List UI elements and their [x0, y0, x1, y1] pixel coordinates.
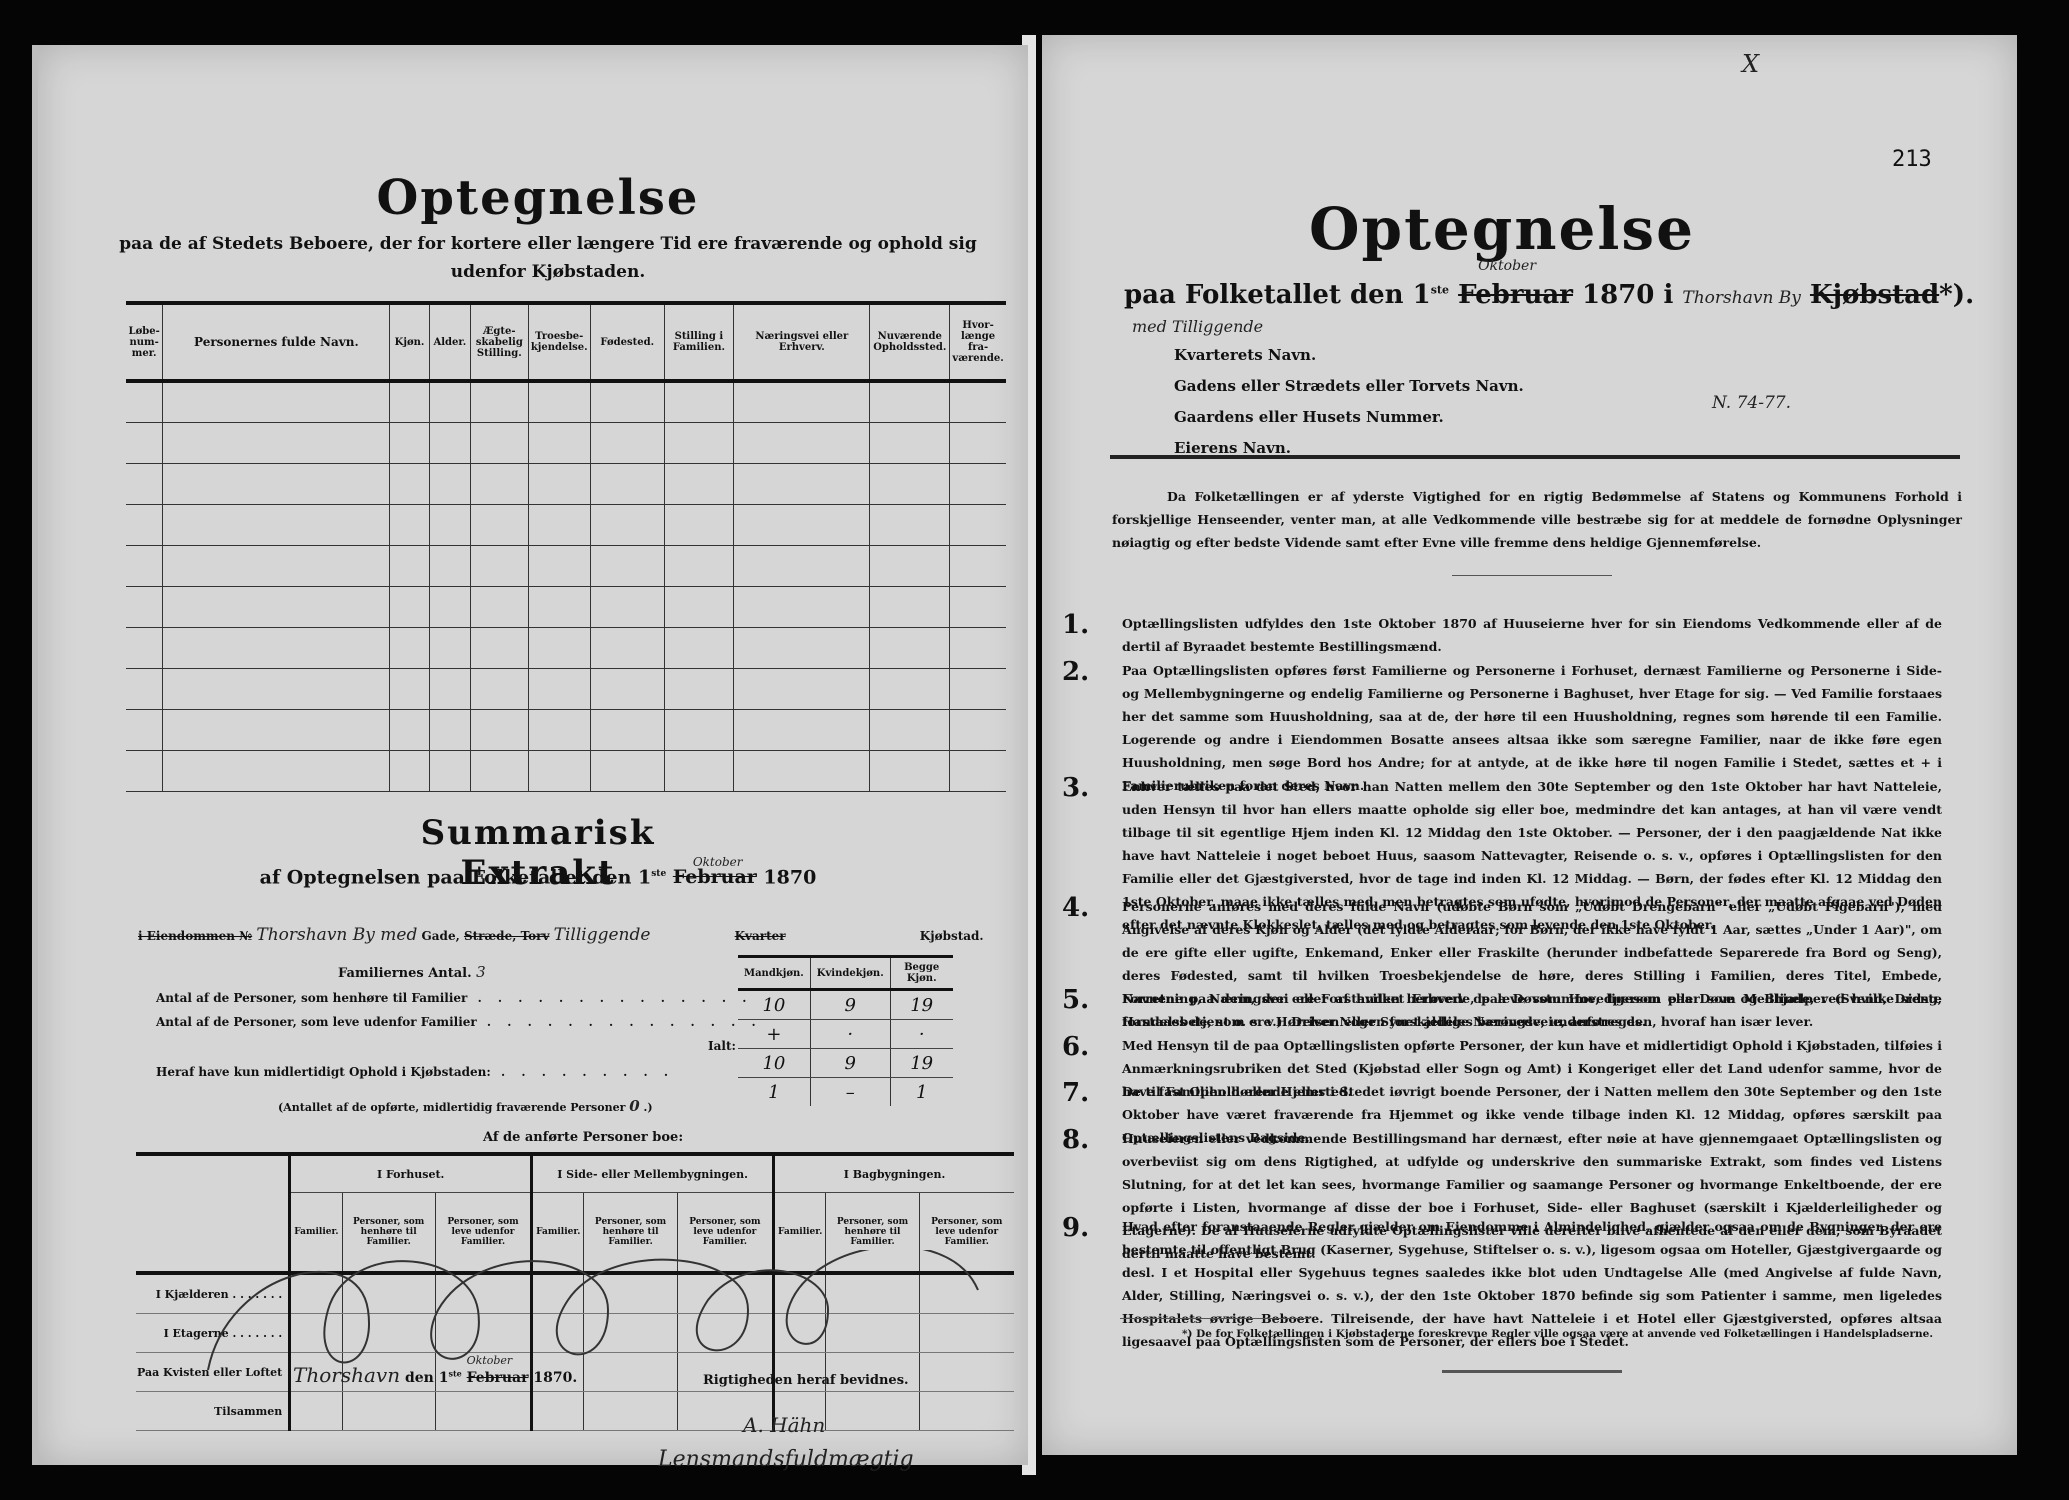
handwritten-street: Tilliggende: [554, 925, 651, 945]
instruction-5: Navnene paa dem, der ere Forstanden berø…: [1122, 987, 1942, 1033]
count-row: 10919: [738, 1049, 953, 1078]
col-lobenummer: Løbe-num-mer.: [126, 303, 163, 381]
col-aegteskabelig: Ægte-skabelig Stilling.: [471, 303, 529, 381]
count-row: +··: [738, 1020, 953, 1049]
table-row: [126, 463, 1006, 504]
corner-mark: X: [1742, 50, 1759, 78]
end-rule: [1442, 1370, 1622, 1373]
right-page-title: Optegnelse: [1292, 195, 1712, 263]
summary-subtitle: af Optegnelsen paa Folketallet den 1ste …: [138, 860, 938, 891]
table-row: [126, 545, 1006, 586]
sex-count-table: Mandkjøn. Kvindekjøn. Begge Kjøn. 10919 …: [738, 955, 953, 1106]
families-count: Familiernes Antal. 3: [338, 963, 486, 981]
col-mandkjon: Mandkjøn.: [738, 957, 810, 990]
count-row-label-3: Ialt:: [708, 1039, 736, 1053]
handwritten-month: Oktober: [693, 848, 743, 876]
count-row: 10919: [738, 990, 953, 1020]
right-page: X 213 Optegnelse paa Folketallet den 1st…: [1042, 35, 2017, 1455]
signature-title: Lensmandsfuldmægtig: [658, 1447, 914, 1472]
table-row: [126, 381, 1006, 422]
absentee-table-header: Løbe-num-mer. Personernes fulde Navn. Kj…: [126, 303, 1006, 381]
page-number: 213: [1892, 147, 1932, 172]
group-sidebygning: I Side- eller Mellembygningen.: [532, 1154, 774, 1193]
house-number-value: N. 74-77.: [1712, 393, 1791, 413]
table-row: [126, 422, 1006, 463]
table-row: [126, 627, 1006, 668]
col-naeringsvei: Næringsvei eller Erhverv.: [734, 303, 870, 381]
census-header: paa Folketallet den 1ste Oktober Februar…: [1124, 280, 1974, 310]
certification-label: Rigtigheden heraf bevidnes.: [703, 1373, 909, 1388]
field-kvarter: Kvarterets Navn.: [1174, 340, 1524, 371]
left-page: Optegnelse paa de af Stedets Beboere, de…: [32, 45, 1028, 1465]
count-row: 1–1: [738, 1078, 953, 1107]
instruction-1: Optællingslisten udfyldes den 1ste Oktob…: [1122, 612, 1942, 658]
col-kvindekjon: Kvindekjøn.: [810, 957, 890, 990]
intro-divider: [1452, 575, 1612, 576]
footer-date: Thorshavn den 1ste Oktober Februar 1870.: [293, 1363, 577, 1387]
building-row-tilsammen: Tilsammen: [136, 1392, 1014, 1431]
left-page-title: Optegnelse: [338, 170, 738, 226]
signature-name: A. Hähn: [743, 1413, 825, 1437]
col-hvorlaenge: Hvor-længe fra-værende.: [950, 303, 1006, 381]
field-eier: Eierens Navn.: [1174, 433, 1524, 464]
address-fields: Kvarterets Navn. Gadens eller Strædets e…: [1174, 340, 1524, 464]
summary-location-line: i Eiendommen № Thorshavn By med Gade, St…: [138, 925, 1018, 945]
field-gade: Gadens eller Strædets eller Torvets Navn…: [1174, 371, 1524, 402]
field-husnummer: Gaardens eller Husets Nummer.: [1174, 402, 1524, 433]
table-row: [126, 504, 1006, 545]
group-bagbygning: I Bagbygningen.: [774, 1154, 1014, 1193]
col-fodested: Fødested.: [590, 303, 664, 381]
col-kjon: Kjøn.: [390, 303, 429, 381]
absentee-table: Løbe-num-mer. Personernes fulde Navn. Kj…: [126, 301, 1006, 792]
group-forhuset: I Forhuset.: [290, 1154, 532, 1193]
absent-note: (Antallet af de opførte, midlertidig fra…: [278, 1097, 653, 1115]
table-row: [126, 668, 1006, 709]
handwritten-location: Thorshavn By med: [256, 925, 417, 945]
col-stilling: Stilling i Familien.: [664, 303, 734, 381]
left-page-subtitle: paa de af Stedets Beboere, der for korte…: [98, 230, 998, 286]
col-opholdssted: Nuværende Opholdssted.: [870, 303, 950, 381]
count-row-label-2: Antal af de Personer, som leve udenfor F…: [156, 1015, 762, 1029]
count-row-label-4: Heraf have kun midlertidigt Ophold i Kjø…: [156, 1065, 674, 1079]
table-row: [126, 750, 1006, 791]
handwritten-town: Thorshavn By: [1682, 288, 1801, 308]
col-fulde-navn: Personernes fulde Navn.: [163, 303, 390, 381]
table-row: [126, 709, 1006, 750]
col-begge-kjon: Begge Kjøn.: [890, 957, 953, 990]
col-alder: Alder.: [429, 303, 470, 381]
col-troesbekjendelse: Troesbe-kjendelse.: [528, 303, 590, 381]
footnote-divider: [1120, 1318, 1310, 1319]
footnote: *) De for Folketællingen i Kjøbstaderne …: [1182, 1328, 1933, 1340]
header-divider: [1110, 455, 1960, 459]
residence-heading: Af de anførte Personer boe:: [483, 1130, 683, 1145]
handwritten-addition: med Tilliggende: [1132, 317, 1263, 336]
table-row: [126, 586, 1006, 627]
count-row-label-1: Antal af de Personer, som henhøre til Fa…: [156, 991, 752, 1005]
intro-paragraph: Da Folketællingen er af yderste Vigtighe…: [1112, 485, 1962, 554]
